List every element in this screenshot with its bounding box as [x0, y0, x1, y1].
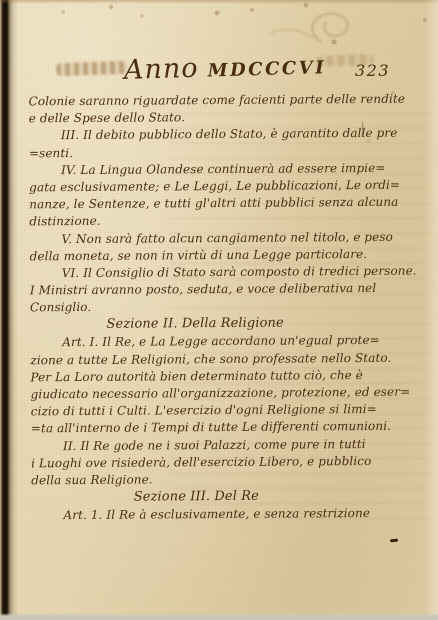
- title-anno: Anno: [124, 53, 199, 86]
- margin-dash-mark: -: [390, 539, 398, 542]
- manuscript-line-art-i: Art. I. Il Re, e La Legge accordano un'e…: [30, 332, 416, 352]
- page-bottom-strip: [0, 613, 438, 620]
- manuscript-line: i Luoghi ove risiederà, dell'esercizio L…: [31, 452, 417, 472]
- manuscript-line: Colonie saranno riguardate come facienti…: [28, 91, 414, 111]
- manuscript-line: =ta all'interno de i Tempi di tutte Le d…: [31, 418, 417, 438]
- page-title: Anno MDCCCVI: [124, 49, 327, 86]
- manuscript-line-art-1: Art. 1. Il Re à esclusivamente, e senza …: [31, 505, 417, 525]
- page-number: 323: [355, 61, 390, 80]
- ink-bleed-smudge: [56, 61, 128, 77]
- title-year-roman-numeral: MDCCCVI: [207, 57, 326, 81]
- manuscript-text-block: Colonie saranno riguardate come facienti…: [28, 91, 417, 525]
- ink-bleed-swash: [262, 4, 382, 50]
- manuscript-page: Anno MDCCCVI 323 Colonie saranno riguard…: [0, 0, 438, 620]
- book-binding-edge: [0, 0, 18, 620]
- page-right-edge: [424, 0, 438, 620]
- manuscript-line: I Ministri avranno posto, seduta, e voce…: [30, 280, 416, 300]
- foxing-spots: [0, 0, 2, 2]
- section-heading-sezione-ii: Sezione II. Della Religione: [2, 314, 388, 335]
- manuscript-line: nanze, le Sentenze, e tutti gl'altri att…: [29, 194, 415, 214]
- manuscript-line-article-iii: III. Il debito pubblico dello Stato, è g…: [29, 125, 415, 145]
- section-heading-sezione-iii: Sezione III. Del Re: [3, 487, 389, 508]
